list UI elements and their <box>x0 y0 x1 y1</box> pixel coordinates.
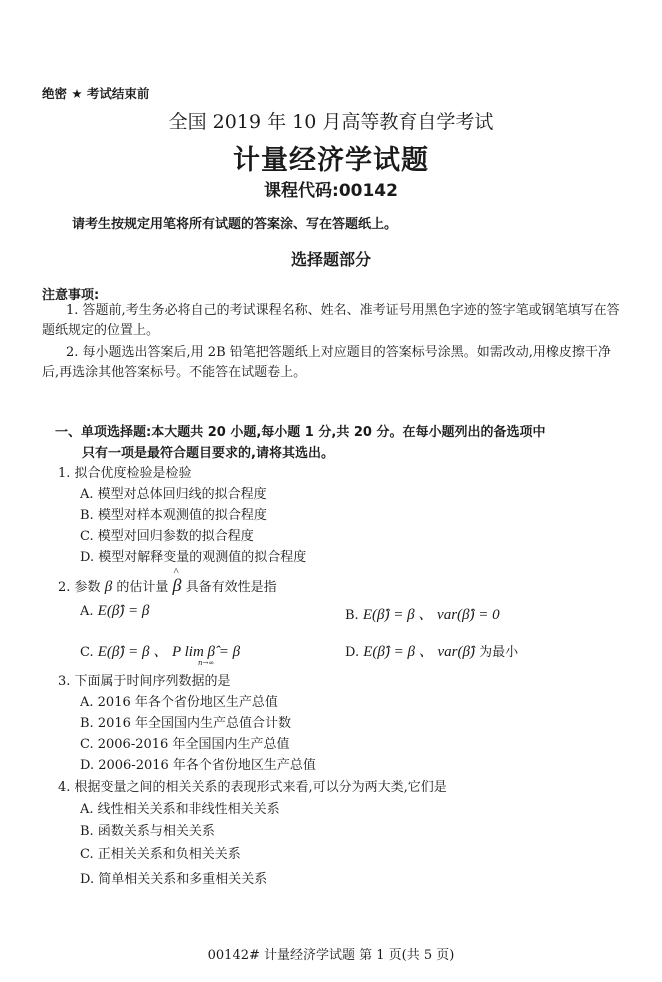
question-2-option-c: C. E(β̂) = β 、 P lim β̂ = β n→∞ <box>80 640 240 661</box>
question-1-option-a: A. 模型对总体回归线的拟合程度 <box>80 483 267 502</box>
option-d-suffix: 为最小 <box>479 645 518 660</box>
limit-subscript: n→∞ <box>198 659 214 667</box>
option-b-expression: E(β̂) = β 、 var(β̂) = 0 <box>363 607 500 623</box>
question-4-option-b: B. 函数关系与相关关系 <box>80 820 215 839</box>
page-title: 计量经济学试题 <box>0 138 662 177</box>
note-1: 1. 答题前,考生务必将自己的考试课程名称、姓名、准考证号用黑色字迹的签字笔或钢… <box>42 301 622 341</box>
page-footer: 00142# 计量经济学试题 第 1 页(共 5 页) <box>0 944 662 963</box>
note-2: 2. 每小题选出答案后,用 2B 铅笔把答题纸上对应题目的答案标号涂黑。如需改动… <box>42 343 622 383</box>
question-1-option-c: C. 模型对回归参数的拟合程度 <box>80 525 254 544</box>
option-d-expression: E(β̂) = β 、 var(β̂) <box>363 644 475 660</box>
question-2-option-b: B. E(β̂) = β 、 var(β̂) = 0 <box>345 603 500 624</box>
beta-symbol: β <box>105 579 112 595</box>
question-1-option-d: D. 模型对解释变量的观测值的拟合程度 <box>80 546 306 565</box>
option-c-expression: E(β̂) = β 、 P lim β̂ = β <box>98 644 240 660</box>
question-3-stem: 3. 下面属于时间序列数据的是 <box>58 670 231 689</box>
question-3-option-c: C. 2006-2016 年全国国内生产总值 <box>80 733 289 752</box>
question-3-option-d: D. 2006-2016 年各个省份地区生产总值 <box>80 754 316 773</box>
part-heading-line2: 只有一项是最符合题目要求的,请将其选出。 <box>82 442 334 461</box>
question-3-option-a: A. 2016 年各个省份地区生产总值 <box>80 691 278 710</box>
option-a-expression: E(β̂) = β <box>98 603 150 619</box>
question-4-stem: 4. 根据变量之间的相关关系的表现形式来看,可以分为两大类,它们是 <box>58 776 447 795</box>
question-2-option-a: A. E(β̂) = β <box>80 603 149 620</box>
question-4-option-c: C. 正相关关系和负相关关系 <box>80 843 241 862</box>
confidential-label: 绝密 ★ 考试结束前 <box>42 84 149 102</box>
question-4-option-a: A. 线性相关关系和非线性相关关系 <box>80 798 280 817</box>
question-2-stem: 2. 参数 β 的估计量 β 具备有效性是指 <box>58 575 277 596</box>
question-2-option-d: D. E(β̂) = β 、 var(β̂) 为最小 <box>345 640 518 661</box>
part-heading-line1: 一、单项选择题:本大题共 20 小题,每小题 1 分,共 20 分。在每小题列出… <box>55 423 545 443</box>
question-2-stem-suffix: 具备有效性是指 <box>186 580 277 595</box>
general-instruction: 请考生按规定用笔将所有试题的答案涂、写在答题纸上。 <box>72 213 397 232</box>
question-3-option-b: B. 2016 年全国国内生产总值合计数 <box>80 712 291 731</box>
question-2-stem-mid: 的估计量 <box>116 580 168 595</box>
question-1-stem: 1. 拟合优度检验是检验 <box>58 462 192 481</box>
exam-session-line: 全国 2019 年 10 月高等教育自学考试 <box>0 107 662 134</box>
question-2-stem-prefix: 2. 参数 <box>58 580 101 595</box>
course-code: 课程代码:00142 <box>0 176 662 201</box>
section-title: 选择题部分 <box>0 247 662 270</box>
question-4-option-d: D. 简单相关关系和多重相关关系 <box>80 868 267 887</box>
question-1-option-b: B. 模型对样本观测值的拟合程度 <box>80 504 267 523</box>
beta-hat-symbol: β <box>172 575 181 596</box>
